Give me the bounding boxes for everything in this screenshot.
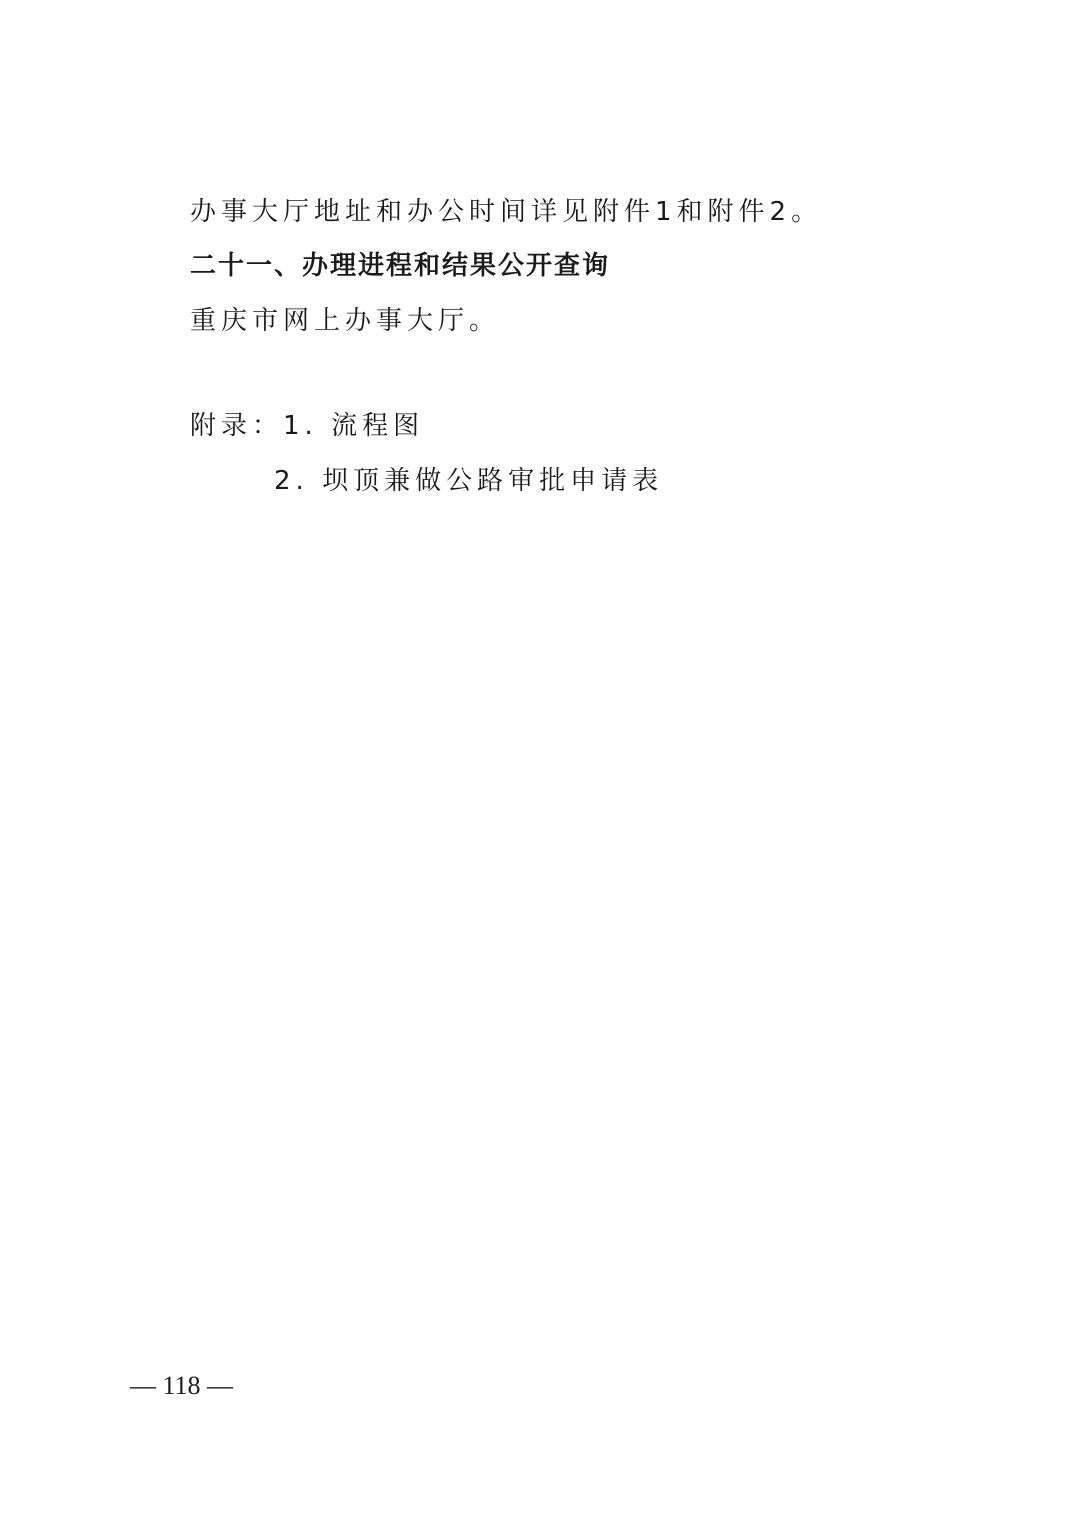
appendix-row-1: 附录：1. 流程图 bbox=[190, 410, 424, 442]
paragraph-office-hours-reference: 办事大厅地址和办公时间详见附件1和附件2。 bbox=[190, 196, 822, 228]
appendix-label: 附录： bbox=[190, 410, 283, 442]
appendix-row-2: 2. 坝顶兼做公路审批申请表 bbox=[274, 465, 663, 497]
appendix-item-number: 2. bbox=[274, 465, 309, 497]
page-number: — 118 — bbox=[130, 1370, 233, 1402]
appendix-item-title: 坝顶兼做公路审批申请表 bbox=[322, 465, 663, 497]
paragraph-online-hall: 重庆市网上办事大厅。 bbox=[190, 305, 500, 337]
section-heading-21: 二十一、办理进程和结果公开查询 bbox=[190, 250, 610, 282]
appendix-item-title: 流程图 bbox=[331, 410, 424, 442]
appendix-item-number: 1. bbox=[283, 410, 318, 442]
